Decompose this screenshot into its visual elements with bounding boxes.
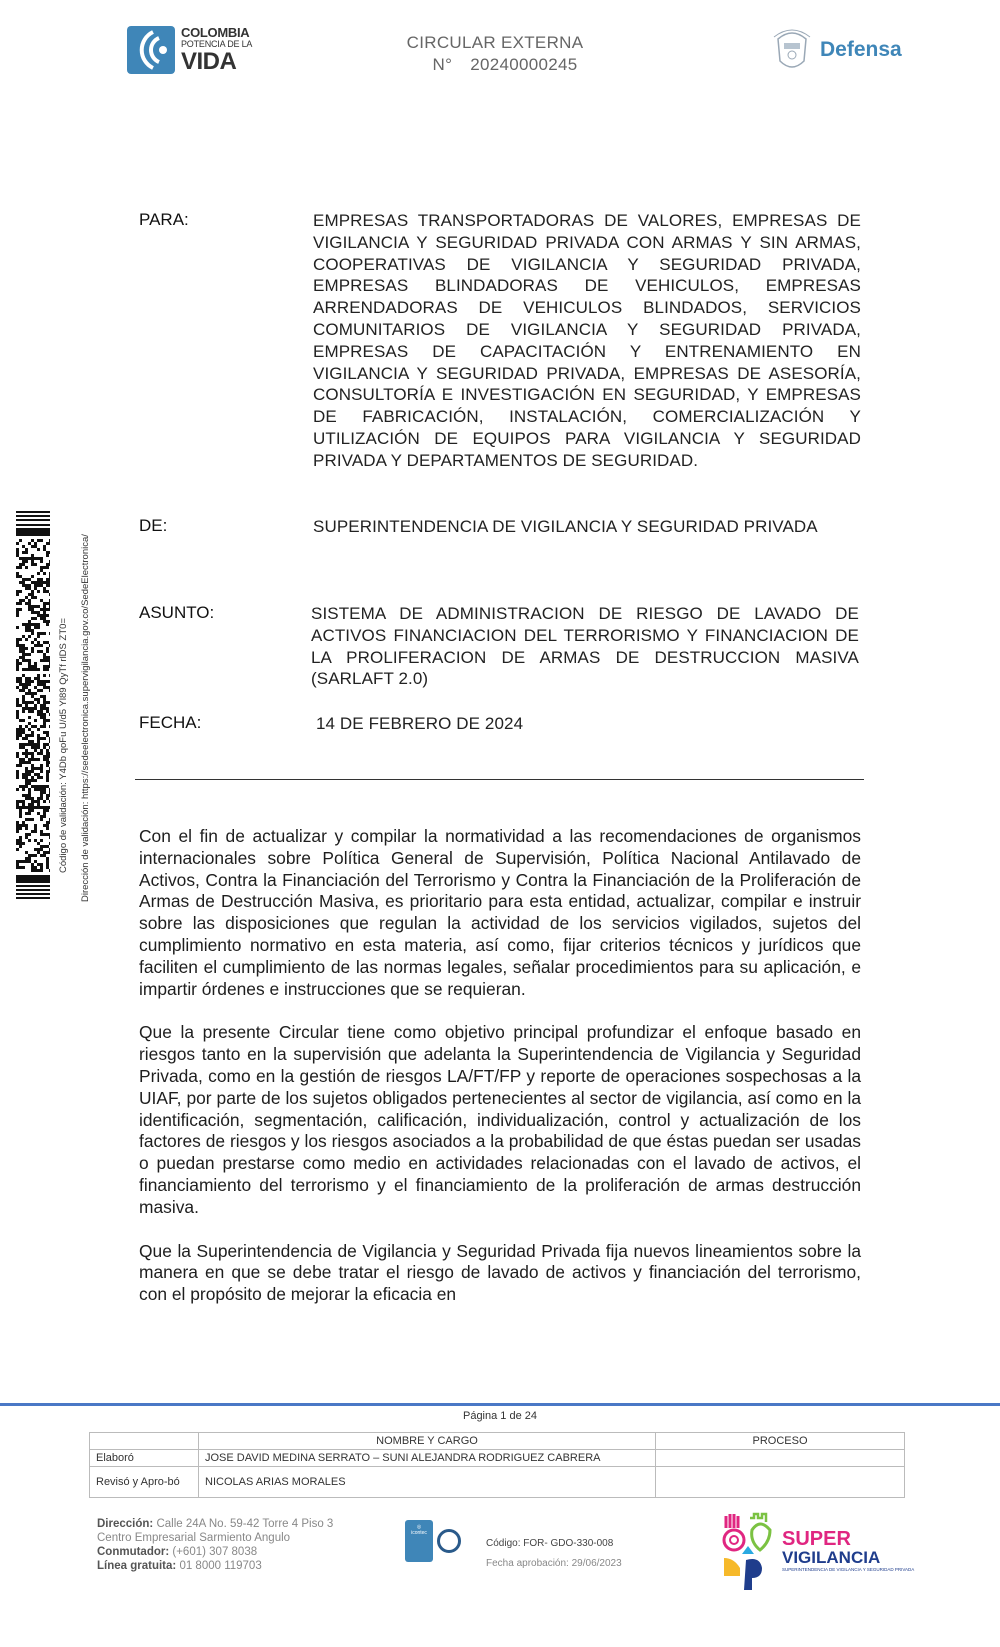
icontec-logo-icon: ◎ icontec: [405, 1520, 433, 1562]
row-name: JOSE DAVID MEDINA SERRATO – SUNI ALEJAND…: [199, 1450, 656, 1467]
conmutador-label: Conmutador:: [97, 1546, 169, 1558]
de-value: SUPERINTENDENCIA DE VIGILANCIA Y SEGURID…: [313, 516, 861, 538]
linea-value: 01 8000 119703: [179, 1560, 261, 1572]
codigo-text: Código: FOR- GDO-330-008: [486, 1534, 622, 1554]
contact-address: Dirección: Calle 24A No. 59-42 Torre 4 P…: [97, 1517, 333, 1573]
defensa-logo: Defensa: [770, 24, 902, 76]
asunto-label: ASUNTO:: [139, 603, 214, 623]
header-divider: [135, 779, 864, 780]
body-paragraph: Que la Superintendencia de Vigilancia y …: [139, 1241, 861, 1306]
validation-code: Código de validación: Y4Db qoFu U/d5 Yl8…: [58, 618, 69, 873]
centro-value: Centro Empresarial Sarmiento Angulo: [97, 1531, 333, 1545]
table-header-nombre: NOMBRE Y CARGO: [199, 1433, 656, 1450]
footer-divider: [0, 1403, 1000, 1406]
colombia-potencia-de-la-vida-logo: COLOMBIA POTENCIA DE LA VIDA: [127, 24, 257, 76]
logo-line-1: COLOMBIA: [181, 26, 252, 39]
direccion-value: Calle 24A No. 59-42 Torre 4 Piso 3: [156, 1518, 333, 1530]
fecha-aprobacion: Fecha aprobación: 29/06/2023: [486, 1554, 622, 1574]
supervigilancia-emblem-icon: [720, 1510, 776, 1592]
row-process: [656, 1467, 905, 1498]
de-label: DE:: [139, 516, 167, 536]
table-header-empty: [90, 1433, 199, 1450]
row-label: Elaboró: [90, 1450, 199, 1467]
direccion-label: Dirección:: [97, 1518, 153, 1530]
form-code: Código: FOR- GDO-330-008 Fecha aprobació…: [486, 1534, 622, 1574]
defensa-text: Defensa: [820, 38, 902, 62]
supervigilancia-subtitle: SUPERINTENDENCIA DE VIGILANCIA Y SEGURID…: [782, 1567, 914, 1572]
row-label: Revisó y Apro-bó: [96, 1476, 192, 1489]
table-header-proceso: PROCESO: [656, 1433, 905, 1450]
fecha-value: 14 DE FEBRERO DE 2024: [316, 713, 864, 735]
document-type: CIRCULAR EXTERNA: [380, 32, 610, 54]
certification-logos: ◎ icontec: [405, 1520, 461, 1562]
body-content: Con el fin de actualizar y compilar la n…: [139, 826, 861, 1328]
colombia-signal-icon: [127, 26, 175, 74]
number-prefix: N°: [433, 55, 453, 74]
supervigilancia-logo: SUPER VIGILANCIA SUPERINTENDENCIA DE VIG…: [720, 1510, 914, 1592]
logo-line-3: VIDA: [181, 50, 252, 74]
coat-of-arms-icon: [770, 25, 814, 75]
row-name: NICOLAS ARIAS MORALES: [199, 1467, 656, 1498]
circular-number: 20240000245: [470, 55, 577, 74]
table-row: Elaboró JOSE DAVID MEDINA SERRATO – SUNI…: [90, 1450, 905, 1467]
conmutador-value: (+601) 307 8038: [172, 1546, 257, 1558]
body-paragraph: Con el fin de actualizar y compilar la n…: [139, 826, 861, 1000]
asunto-value: SISTEMA DE ADMINISTRACION DE RIESGO DE L…: [311, 603, 859, 690]
approval-table: NOMBRE Y CARGO PROCESO Elaboró JOSE DAVI…: [89, 1432, 905, 1498]
linea-label: Línea gratuita:: [97, 1560, 176, 1572]
vigilancia-text: VIGILANCIA: [782, 1549, 914, 1567]
page-number: Página 1 de 24: [0, 1410, 1000, 1422]
para-value: EMPRESAS TRANSPORTADORAS DE VALORES, EMP…: [313, 210, 861, 472]
validation-url[interactable]: Dirección de validación: https://sedeele…: [80, 534, 91, 902]
datamatrix-barcode: [16, 511, 50, 903]
para-label: PARA:: [139, 210, 189, 230]
table-row: Revisó y Apro-bó NICOLAS ARIAS MORALES: [90, 1467, 905, 1498]
super-text: SUPER: [782, 1530, 914, 1549]
circular-title: CIRCULAR EXTERNA N°20240000245: [380, 32, 610, 76]
iqnet-logo-icon: [437, 1529, 461, 1553]
fecha-label: FECHA:: [139, 713, 201, 733]
row-process: [656, 1450, 905, 1467]
body-paragraph: Que la presente Circular tiene como obje…: [139, 1022, 861, 1218]
